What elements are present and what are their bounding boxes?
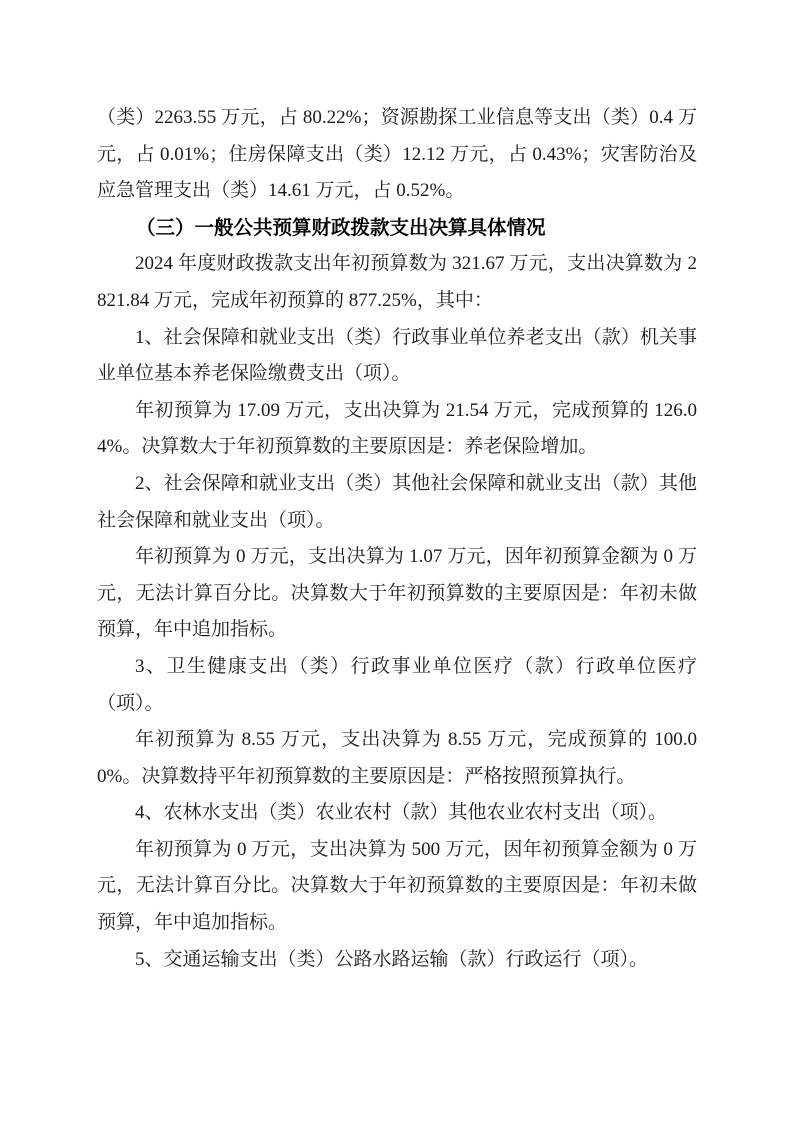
paragraph-item-3-detail: 年初预算为 8.55 万元，支出决算为 8.55 万元，完成预算的 100.00… [97,722,697,795]
paragraph-budget-share-continuation: （类）2263.55 万元，占 80.22%；资源勘探工业信息等支出（类）0.4… [97,100,697,210]
paragraph-2024-budget-summary: 2024 年度财政拨款支出年初预算数为 321.67 万元，支出决算数为 282… [97,246,697,319]
section-heading-fiscal-appropriation-expenditure-details: （三）一般公共预算财政拨款支出决算具体情况 [97,210,697,247]
document-page: （类）2263.55 万元，占 80.22%；资源勘探工业信息等支出（类）0.4… [0,0,793,1122]
paragraph-item-4-detail: 年初预算为 0 万元，支出决算为 500 万元，因年初预算金额为 0 万元，无法… [97,832,697,942]
paragraph-item-2-detail: 年初预算为 0 万元，支出决算为 1.07 万元，因年初预算金额为 0 万元，无… [97,539,697,649]
paragraph-item-1-title: 1、社会保障和就业支出（类）行政事业单位养老支出（款）机关事业单位基本养老保险缴… [97,320,697,393]
paragraph-item-5-title: 5、交通运输支出（类）公路水路运输（款）行政运行（项）。 [97,942,697,979]
paragraph-item-1-detail: 年初预算为 17.09 万元，支出决算为 21.54 万元，完成预算的 126.… [97,393,697,466]
paragraph-item-3-title: 3、卫生健康支出（类）行政事业单位医疗（款）行政单位医疗（项）。 [97,649,697,722]
paragraph-item-4-title: 4、农林水支出（类）农业农村（款）其他农业农村支出（项）。 [97,795,697,832]
paragraph-item-2-title: 2、社会保障和就业支出（类）其他社会保障和就业支出（款）其他社会保障和就业支出（… [97,466,697,539]
